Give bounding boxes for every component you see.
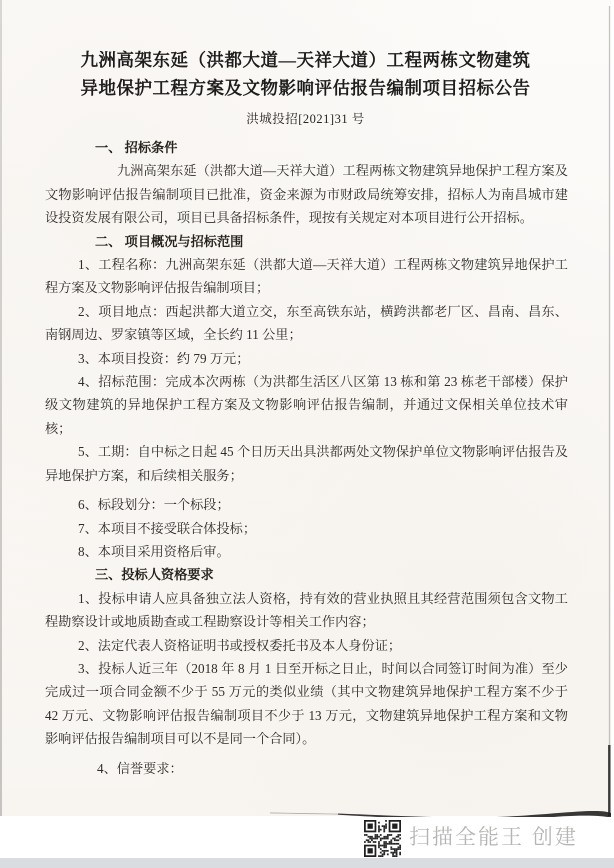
paragraph: 7、本项目不接受联合体投标； <box>45 517 568 540</box>
watermark-label: 扫描全能王 创建 <box>409 824 578 852</box>
paragraph: 4、招标范围：完成本次两栋（为洪都生活区八区第 13 栋和第 23 栋老干部楼）… <box>45 370 568 440</box>
bottom-strip <box>0 858 614 868</box>
paragraph: 3、投标人近三年（2018 年 8 月 1 日至开标之日止，时间以合同签订时间为… <box>45 657 568 751</box>
title-line-1: 九洲高架东延（洪都大道—天祥大道）工程两栋文物建筑 <box>40 46 571 74</box>
paragraph: 3、本项目投资：约 79 万元； <box>45 347 568 370</box>
paragraph: 九洲高架东延（洪都大道—天祥大道）工程两栋文物建筑异地保护工程方案及文物影响评估… <box>45 159 568 229</box>
section-heading: 三、投标人资格要求 <box>45 563 568 586</box>
paragraph: 1、工程名称：九洲高架东延（洪都大道—天祥大道）工程两栋文物建筑异地保护工程方案… <box>45 253 568 300</box>
paragraph: 2、法定代表人资格证明书或授权委托书及本人身份证； <box>45 634 568 657</box>
document-title: 九洲高架东延（洪都大道—天祥大道）工程两栋文物建筑 异地保护工程方案及文物影响评… <box>40 46 571 102</box>
scanner-watermark-bar: 扫描全能王 创建 <box>0 817 614 858</box>
paragraph: 1、投标申请人应具备独立法人资格，持有效的营业执照且其经营范围须包含文物工程勘察… <box>45 587 568 634</box>
paragraph: 4、信誉要求： <box>45 757 568 780</box>
section-heading: 二、 项目概况与招标范围 <box>45 230 568 253</box>
document-paper: 九洲高架东延（洪都大道—天祥大道）工程两栋文物建筑 异地保护工程方案及文物影响评… <box>0 0 611 816</box>
paragraph: 8、本项目采用资格后审。 <box>45 540 568 563</box>
paragraph: 5、工期：自中标之日起 45 个日历天出具洪都两处文物保护单位文物影响评估报告及… <box>45 440 568 487</box>
qr-code-icon <box>364 820 401 857</box>
paragraph: 6、标段划分：一个标段； <box>45 493 568 516</box>
scanned-page: 九洲高架东延（洪都大道—天祥大道）工程两栋文物建筑 异地保护工程方案及文物影响评… <box>0 0 614 868</box>
document-body: 一、 招标条件九洲高架东延（洪都大道—天祥大道）工程两栋文物建筑异地保护工程方案… <box>45 136 568 780</box>
paragraph: 2、项目地点：西起洪都大道立交，东至高铁东站，横跨洪都老厂区、昌南、昌东、南钢周… <box>45 300 568 347</box>
document-number: 洪城投招[2021]31 号 <box>0 109 611 127</box>
section-heading: 一、 招标条件 <box>45 136 568 159</box>
title-line-2: 异地保护工程方案及文物影响评估报告编制项目招标公告 <box>40 74 571 102</box>
paper-left-edge <box>0 0 2 816</box>
